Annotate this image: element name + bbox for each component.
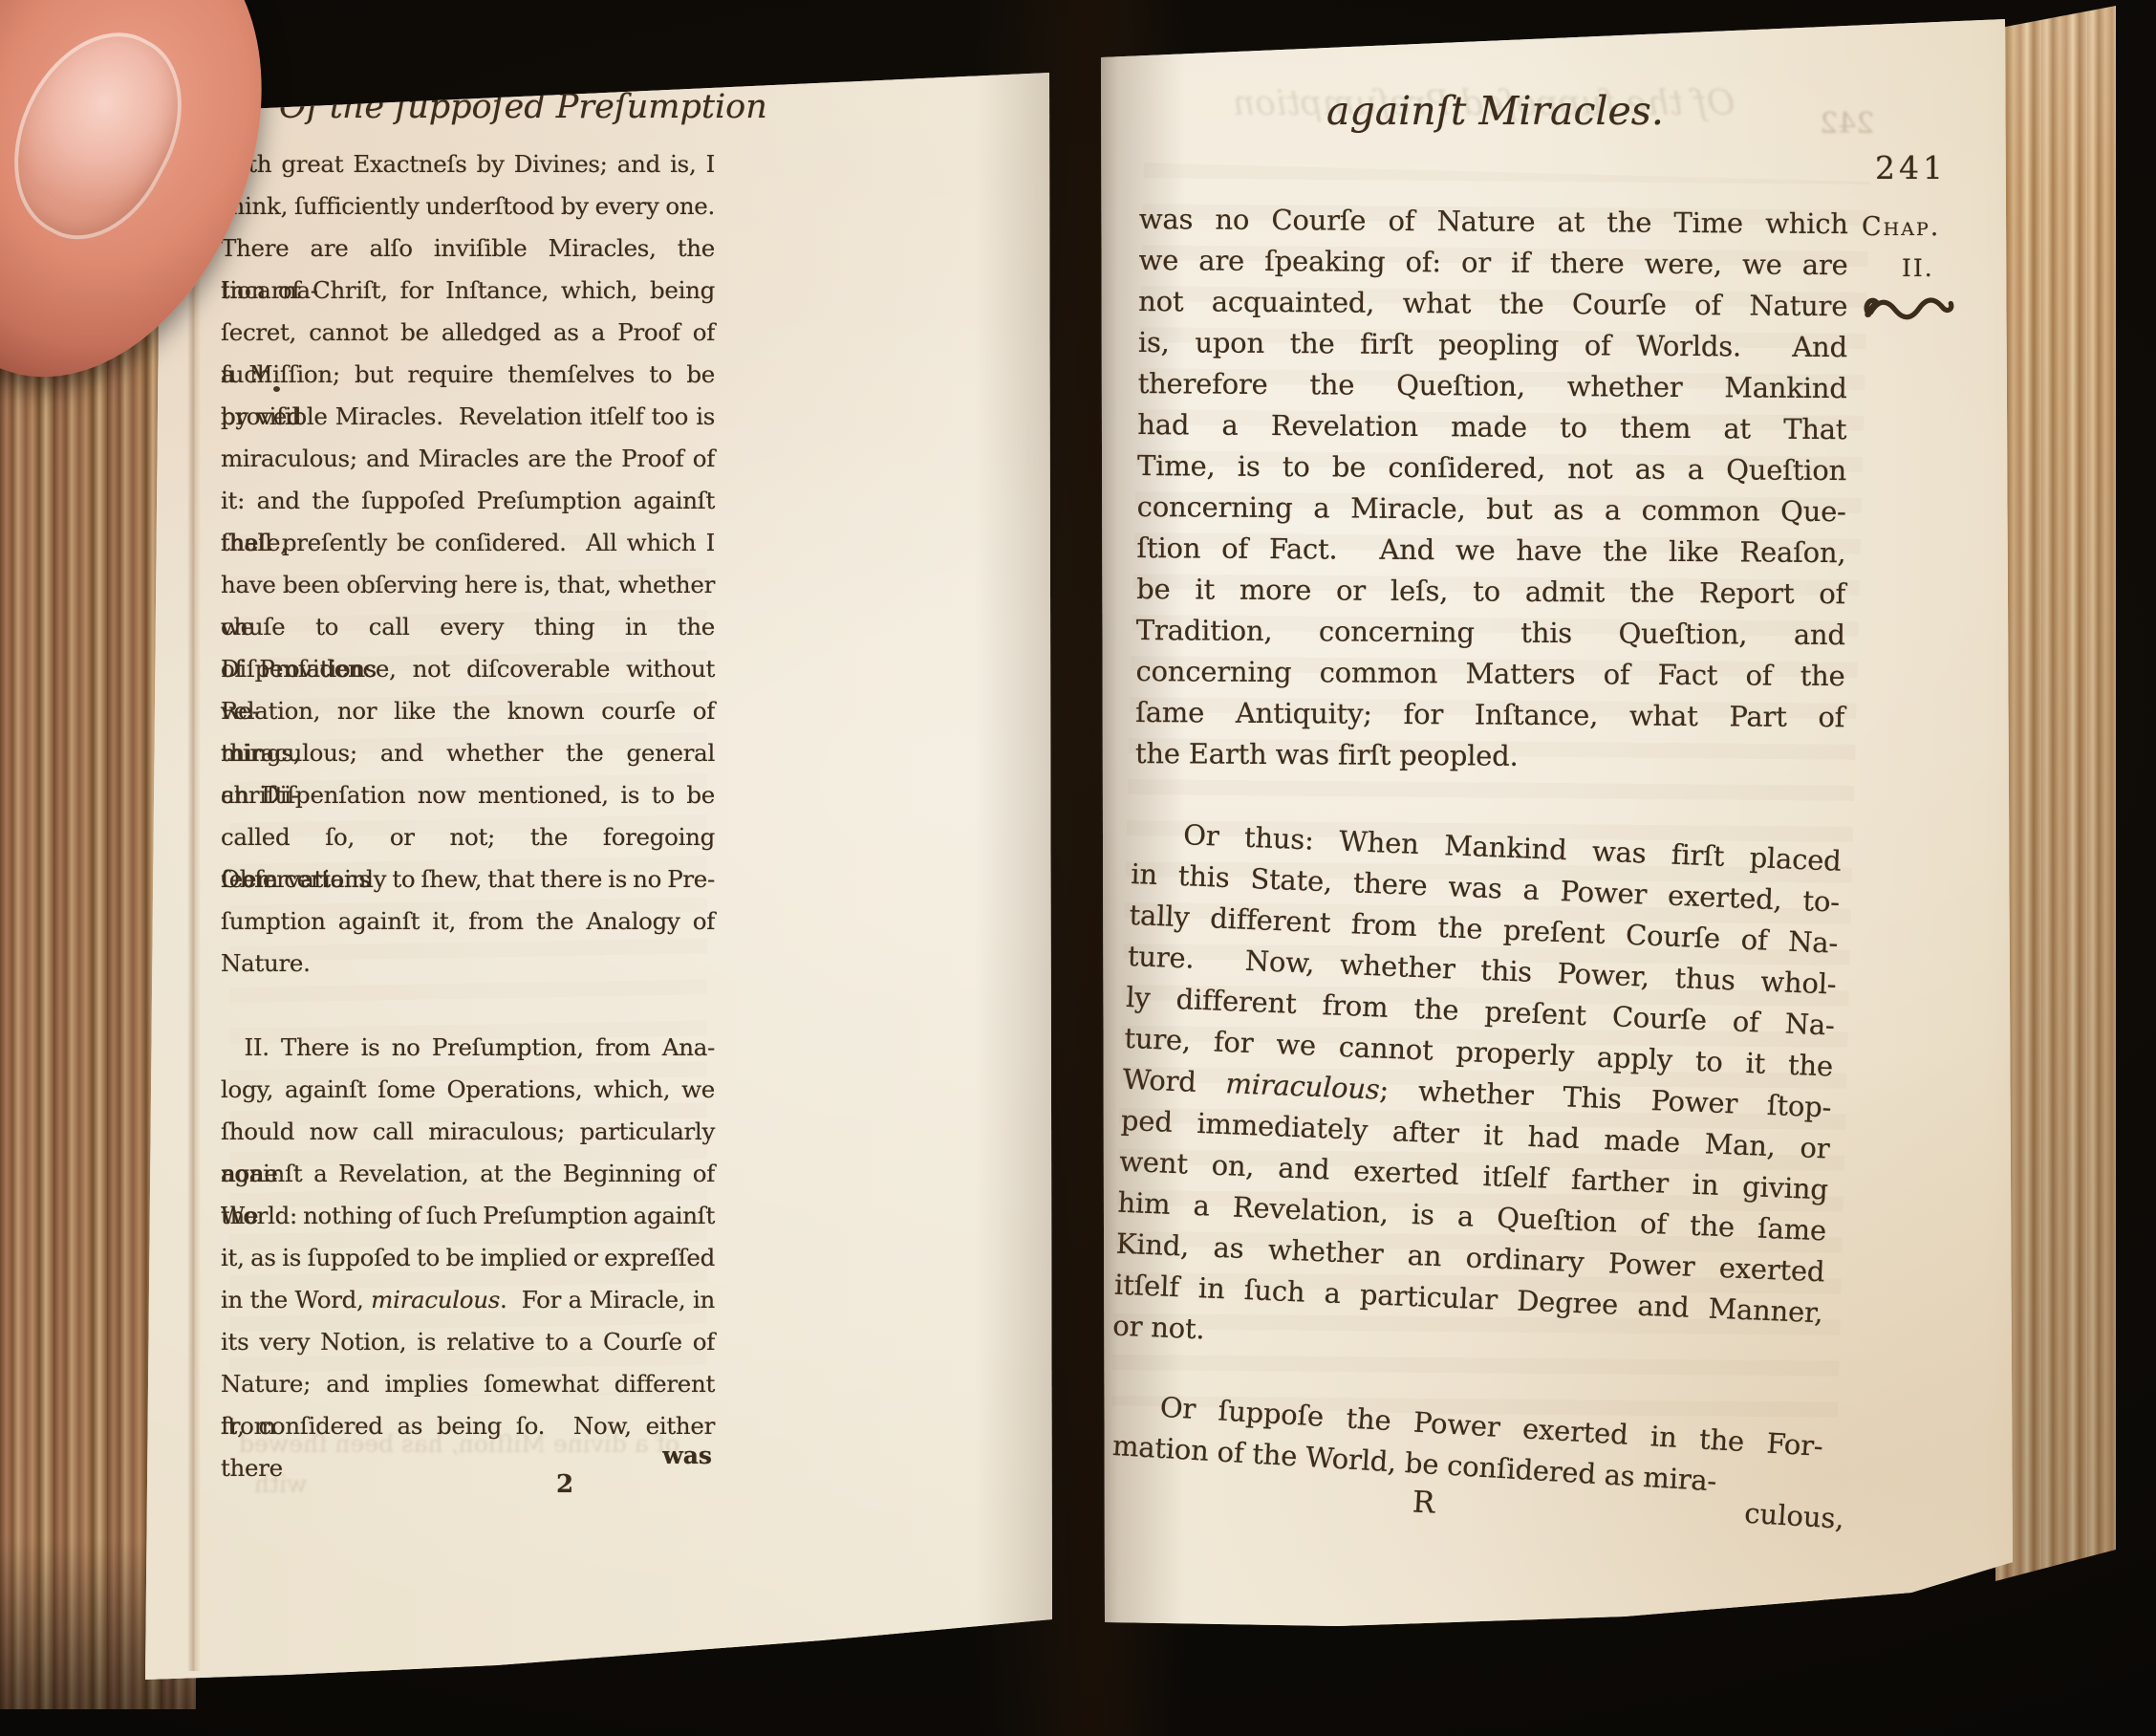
signature-mark-left: 2 [556,1470,573,1499]
book-photo: 240 Of the ſuppoſed Preſumption Part II.… [0,0,2156,1736]
showthrough-page-number-right: 242 [1820,107,1874,141]
body-text-left: with great Exactneſs by Divines; and is,… [221,143,715,1447]
showthrough-text-left: of a divine Miſſion, has been ſhewed [239,1430,679,1458]
running-title-left: Of the ſuppoſed Preſumption [279,88,767,126]
page-number-right: 241 [1875,149,1947,186]
thumb-nail [0,5,213,265]
margin-note-chap: Chap. [1862,212,1940,242]
right-fore-edge [1995,6,2116,1581]
running-title-right: againſt Miracles. [1326,88,1664,134]
body-text-right-paragraph-1: was no Courſe of Nature at the Time whic… [1135,199,1848,779]
showthrough-text-left-2: with [254,1470,308,1498]
margin-note-chap-numeral: II. [1902,254,1934,282]
ink-fleck [273,386,280,392]
leaf-edge-crease [187,113,201,1671]
body-text-right-paragraph-2: Or thus: When Mankind was firſt placedin… [1112,813,1843,1375]
flourish-ornament-right [1857,285,1968,329]
